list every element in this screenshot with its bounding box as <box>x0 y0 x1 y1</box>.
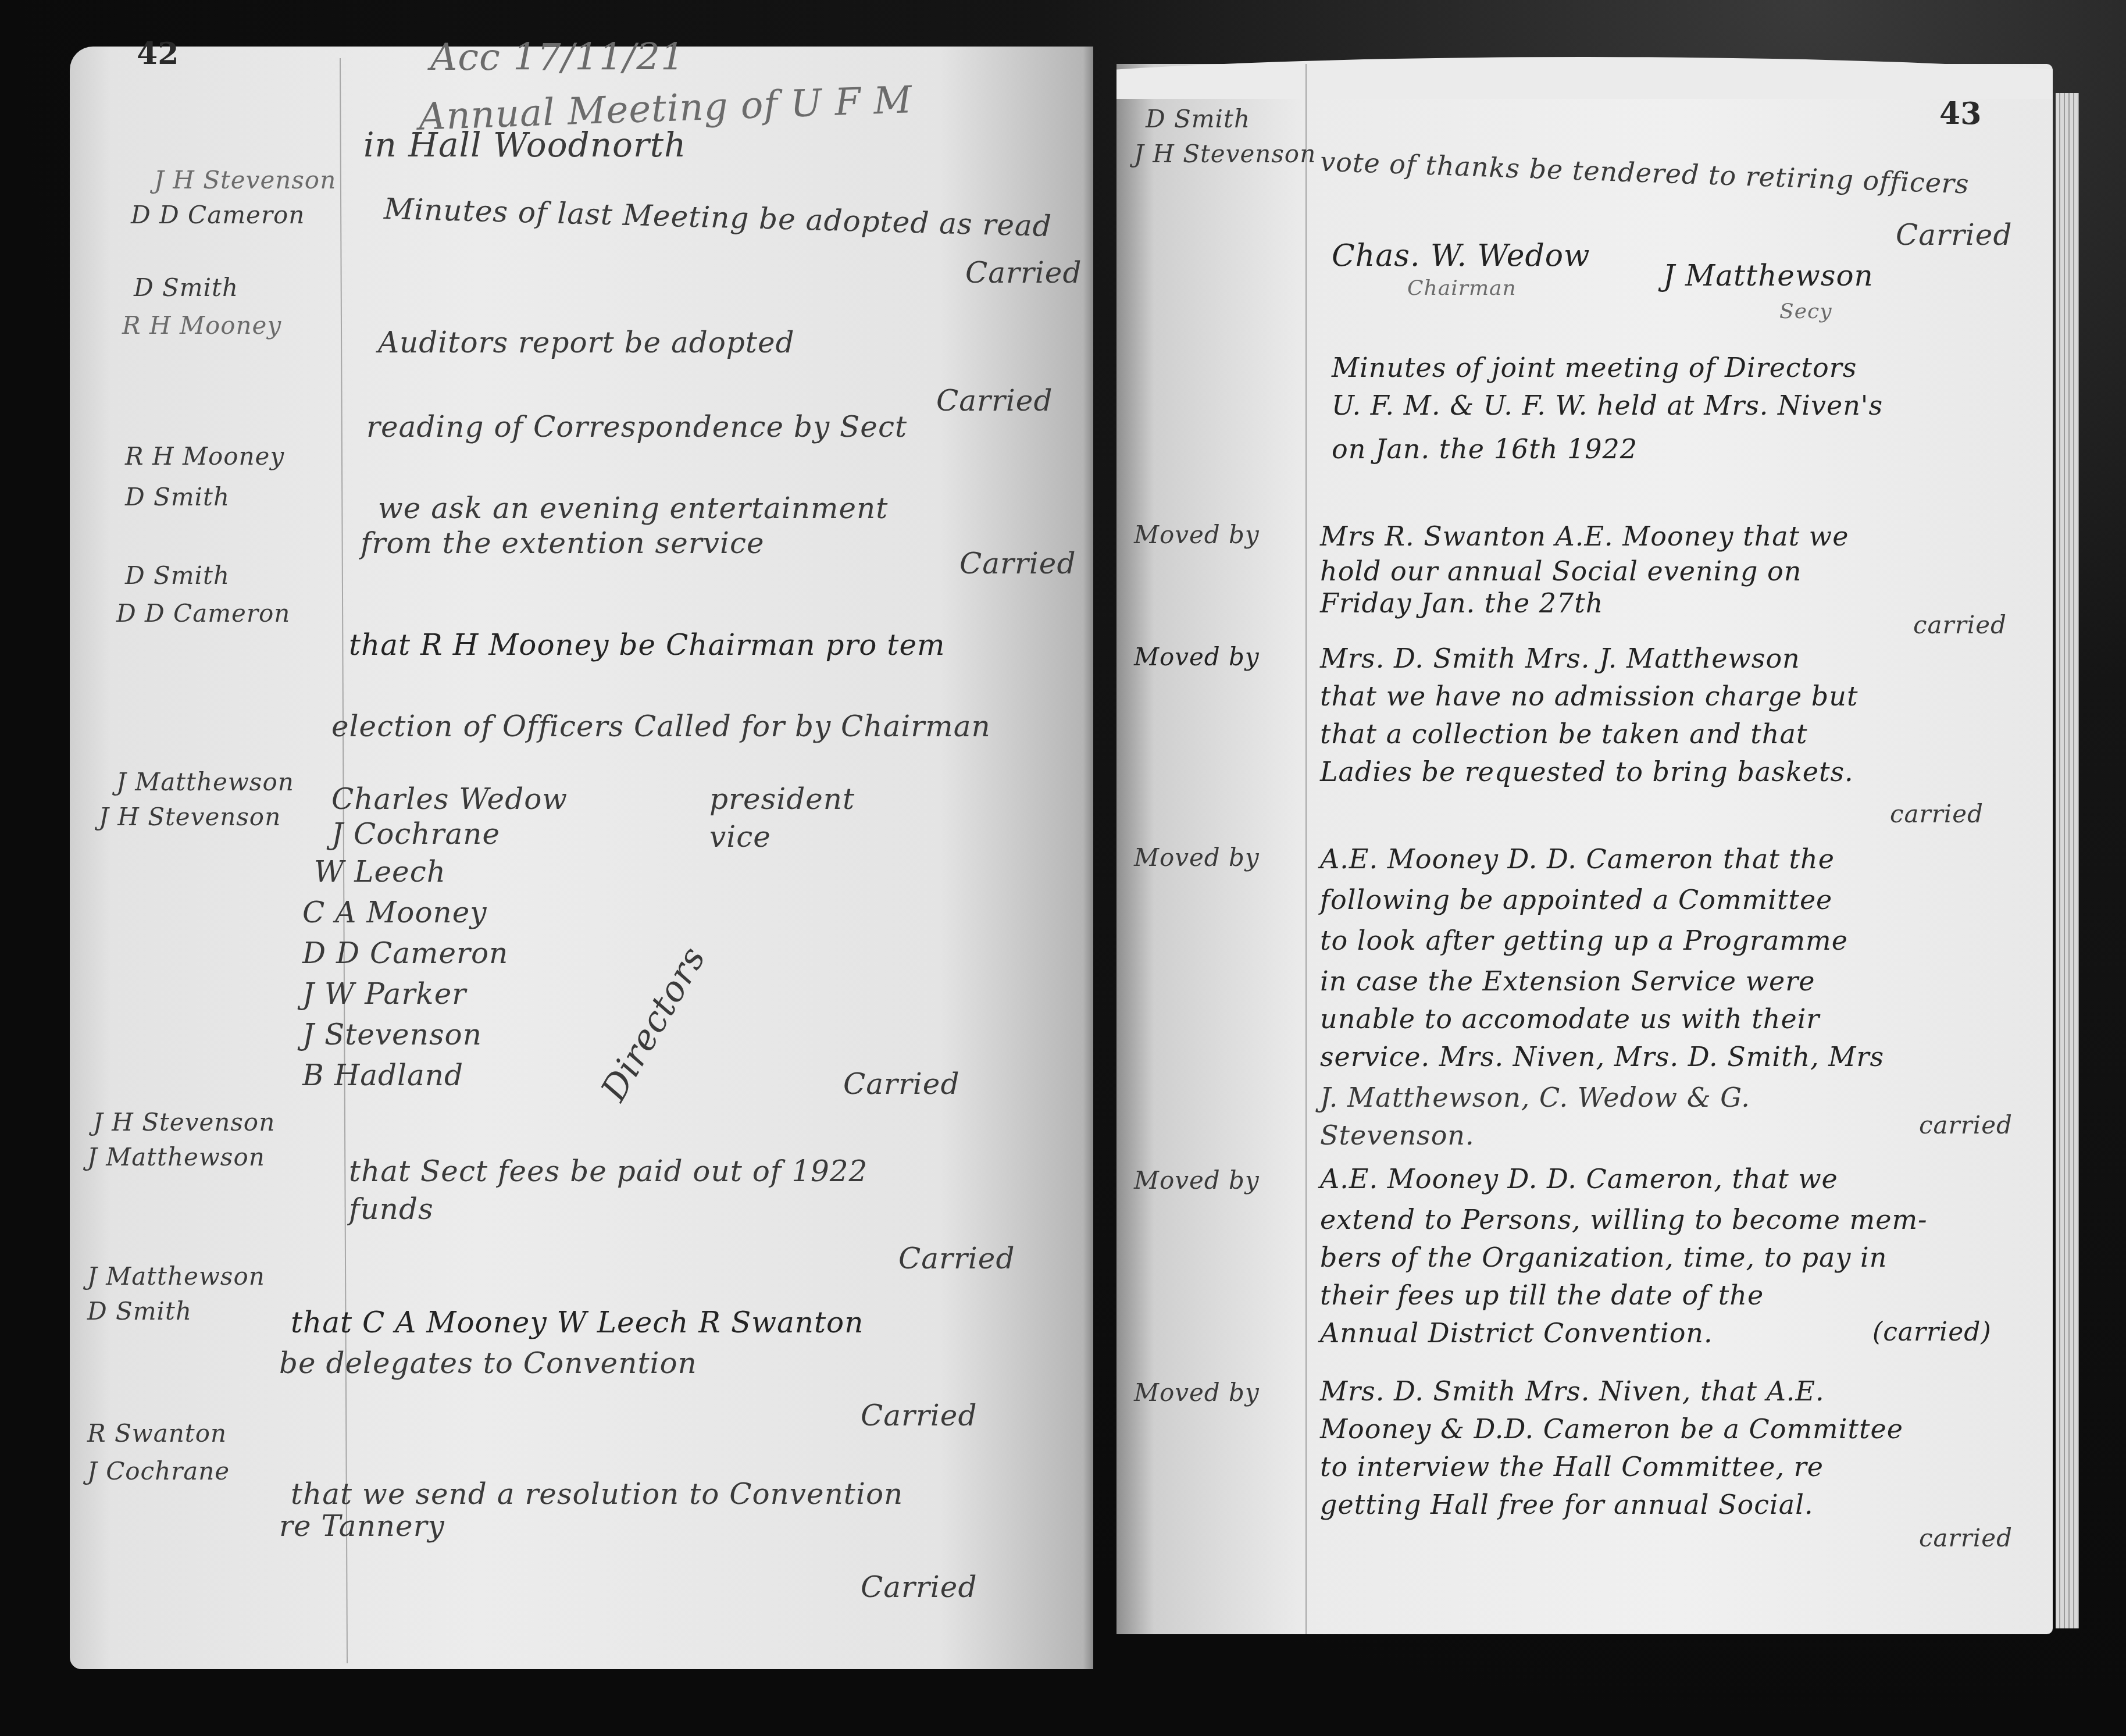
mover: J H Stevenson <box>93 1108 275 1136</box>
mover: J Matthewson <box>87 1262 265 1291</box>
motion-line: A.E. Mooney D. D. Cameron, that we <box>1320 1163 1838 1195</box>
motion-text: re Tannery <box>279 1509 445 1543</box>
moved-by-label: Moved by <box>1134 521 1260 549</box>
chairman-title: Chairman <box>1407 276 1517 300</box>
motion-text: reading of Correspondence by Sect <box>366 410 907 444</box>
chairman-signature: Chas. W. Wedow <box>1332 238 1590 273</box>
director: D D Cameron <box>302 936 508 970</box>
motion-line: that we have no admission charge but <box>1320 680 1858 712</box>
moved-by-label: Moved by <box>1134 643 1260 671</box>
motion-text: that R H Mooney be Chairman pro tem <box>349 628 945 662</box>
motion-result: Carried <box>861 1399 977 1432</box>
moved-by-label: Moved by <box>1134 1378 1260 1407</box>
motion-line: Friday Jan. the 27th <box>1320 587 1603 619</box>
joint-meeting-header: U. F. M. & U. F. W. held at Mrs. Niven's <box>1332 390 1883 421</box>
mover: D Smith <box>134 273 238 302</box>
motion-line: Mrs R. Swanton A.E. Mooney that we <box>1320 521 1849 552</box>
motion-result: Carried <box>898 1242 1015 1275</box>
motion-line: Mrs. D. Smith Mrs. J. Matthewson <box>1320 643 1800 674</box>
directors-result: Carried <box>843 1067 959 1101</box>
motion-text: funds <box>349 1192 434 1226</box>
motion-result: Carried <box>936 384 1053 418</box>
secretary-title: Secy <box>1779 300 1832 323</box>
mover: J Matthewson <box>116 768 294 796</box>
motion-line: A.E. Mooney D. D. Cameron that the <box>1320 843 1835 875</box>
motion-result: Carried <box>1896 218 2012 252</box>
motion-line: that a collection be taken and that <box>1320 718 1807 750</box>
officer-president: Charles Wedow <box>331 782 568 816</box>
motion-line: Mooney & D.D. Cameron be a Committee <box>1320 1413 1903 1445</box>
motion-line: hold our annual Social evening on <box>1320 555 1802 587</box>
director: B Hadland <box>302 1058 463 1092</box>
motion-line: Ladies be requested to bring baskets. <box>1320 756 1854 787</box>
seconder: D D Cameron <box>116 599 290 628</box>
motion-result: carried <box>1913 611 2007 639</box>
motion-text: election of Officers Called for by Chair… <box>331 710 991 743</box>
motion-text: be delegates to Convention <box>279 1346 697 1380</box>
motion-line: getting Hall free for annual Social. <box>1320 1489 1814 1520</box>
director: J Stevenson <box>302 1018 482 1051</box>
motion-text: we ask an evening entertainment <box>378 491 888 525</box>
motion-line: their fees up till the date of the <box>1320 1279 1764 1311</box>
officer-vice: J Cochrane <box>331 817 500 851</box>
director: C A Mooney <box>302 896 487 929</box>
page-number-left: 42 <box>137 36 179 72</box>
moved-by-label: Moved by <box>1134 1166 1260 1195</box>
seconder: D Smith <box>87 1297 192 1325</box>
meeting-location: in Hall Woodnorth <box>363 125 686 165</box>
motion-line: to interview the Hall Committee, re <box>1320 1451 1824 1482</box>
mover: D Smith <box>125 561 230 590</box>
mover: R Swanton <box>87 1419 227 1448</box>
motion-line: bers of the Organization, time, to pay i… <box>1320 1242 1887 1273</box>
motion-result: Carried <box>861 1570 977 1604</box>
motion-result: carried <box>1919 1111 2013 1139</box>
right-margin-rule <box>1305 64 1307 1634</box>
mover: R H Mooney <box>125 442 284 470</box>
joint-meeting-header: on Jan. the 16th 1922 <box>1332 433 1638 465</box>
mover: J H Stevenson <box>154 166 336 194</box>
seconder: J H Stevenson <box>1134 140 1316 168</box>
motion-line: in case the Extension Service were <box>1320 965 1815 997</box>
mover: D Smith <box>1146 105 1250 133</box>
seconder: D D Cameron <box>131 201 305 229</box>
motion-line: Stevenson. <box>1320 1120 1475 1151</box>
meeting-date: Acc 17/11/21 <box>430 36 685 79</box>
director: J W Parker <box>302 977 466 1011</box>
secretary-signature: J Matthewson <box>1663 259 1874 293</box>
moved-by-label: Moved by <box>1134 843 1260 872</box>
role-vice: vice <box>709 820 771 854</box>
motion-text: Auditors report be adopted <box>378 326 795 359</box>
motion-text: that C A Mooney W Leech R Swanton <box>291 1306 864 1339</box>
motion-text: that Sect fees be paid out of 1922 <box>349 1154 868 1188</box>
motion-line: J. Matthewson, C. Wedow & G. <box>1320 1082 1750 1113</box>
motion-result: (carried) <box>1872 1317 1992 1347</box>
motion-line: Mrs. D. Smith Mrs. Niven, that A.E. <box>1320 1375 1825 1407</box>
motion-line: extend to Persons, willing to become mem… <box>1320 1204 1928 1235</box>
role-president: president <box>709 782 855 816</box>
motion-line: following be appointed a Committee <box>1320 884 1832 915</box>
joint-meeting-header: Minutes of joint meeting of Directors <box>1332 352 1857 383</box>
seconder: D Smith <box>125 483 230 511</box>
seconder: J H Stevenson <box>99 803 281 831</box>
seconder: R H Mooney <box>122 311 281 340</box>
motion-line: service. Mrs. Niven, Mrs. D. Smith, Mrs <box>1320 1041 1884 1072</box>
motion-text: that we send a resolution to Convention <box>291 1477 903 1511</box>
motion-line: to look after getting up a Programme <box>1320 925 1848 956</box>
page-edges <box>2056 93 2079 1628</box>
motion-result: carried <box>1919 1524 2013 1552</box>
motion-line: unable to accomodate us with their <box>1320 1003 1820 1035</box>
director: W Leech <box>314 855 446 889</box>
seconder: J Matthewson <box>87 1143 265 1171</box>
motion-result: Carried <box>965 256 1082 290</box>
motion-line: Annual District Convention. <box>1320 1317 1713 1349</box>
motion-result: carried <box>1890 800 1984 828</box>
motion-text: from the extention service <box>361 526 765 560</box>
motion-result: Carried <box>959 547 1076 580</box>
seconder: J Cochrane <box>87 1457 230 1485</box>
page-number-right: 43 <box>1939 96 1981 131</box>
